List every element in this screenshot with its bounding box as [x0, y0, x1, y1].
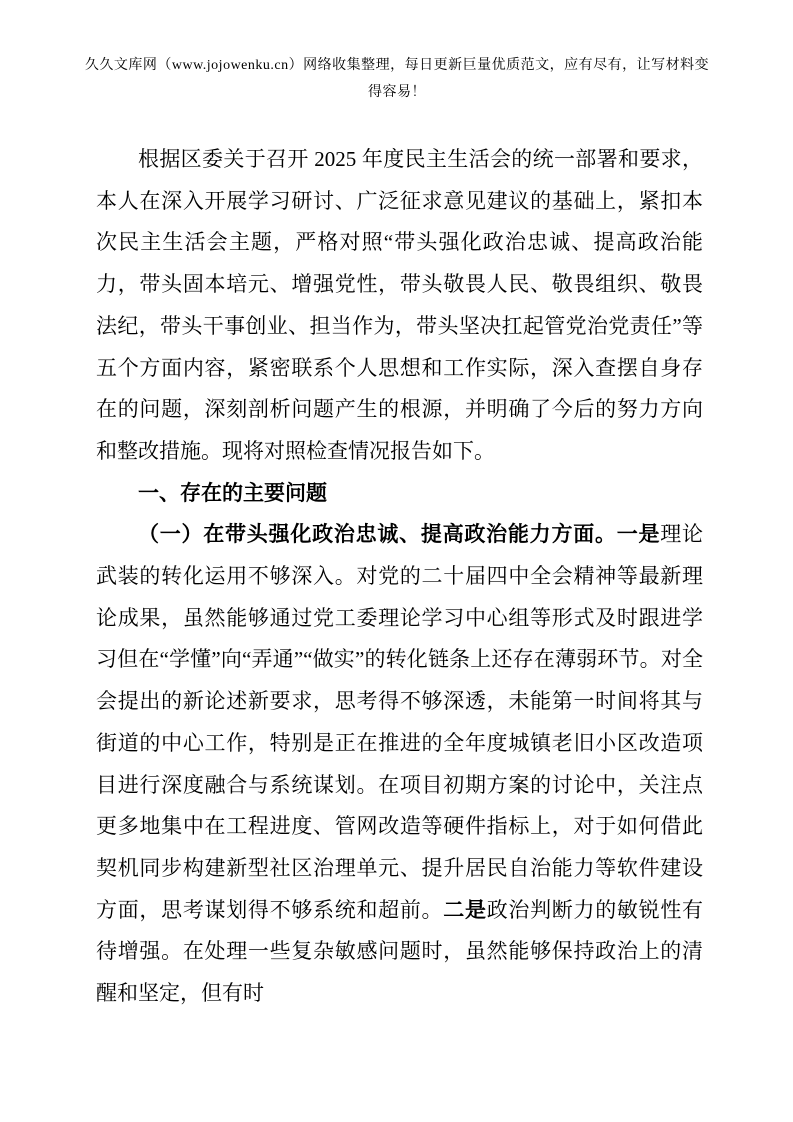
point-2-label: 二是 [443, 899, 486, 922]
point-1-text: 理论武装的转化运用不够深入。对党的二十届四中全会精神等最新理论成果，虽然能够通过… [96, 522, 703, 921]
watermark-header: 久久文库网（www.jojowenku.cn）网络收集整理，每日更新巨量优质范文… [82, 52, 712, 106]
paragraph-subsection-1: （一）在带头强化政治忠诚、提高政治能力方面。一是理论武装的转化运用不够深入。对党… [96, 514, 703, 1014]
subsection-lead-bold: （一）在带头强化政治忠诚、提高政治能力方面。一是 [138, 523, 660, 546]
section-heading: 一、存在的主要问题 [96, 473, 703, 515]
document-page: 久久文库网（www.jojowenku.cn）网络收集整理，每日更新巨量优质范文… [0, 0, 793, 1122]
document-body: 根据区委关于召开 2025 年度民主生活会的统一部署和要求，本人在深入开展学习研… [96, 139, 703, 1015]
paragraph-intro: 根据区委关于召开 2025 年度民主生活会的统一部署和要求，本人在深入开展学习研… [96, 139, 703, 473]
